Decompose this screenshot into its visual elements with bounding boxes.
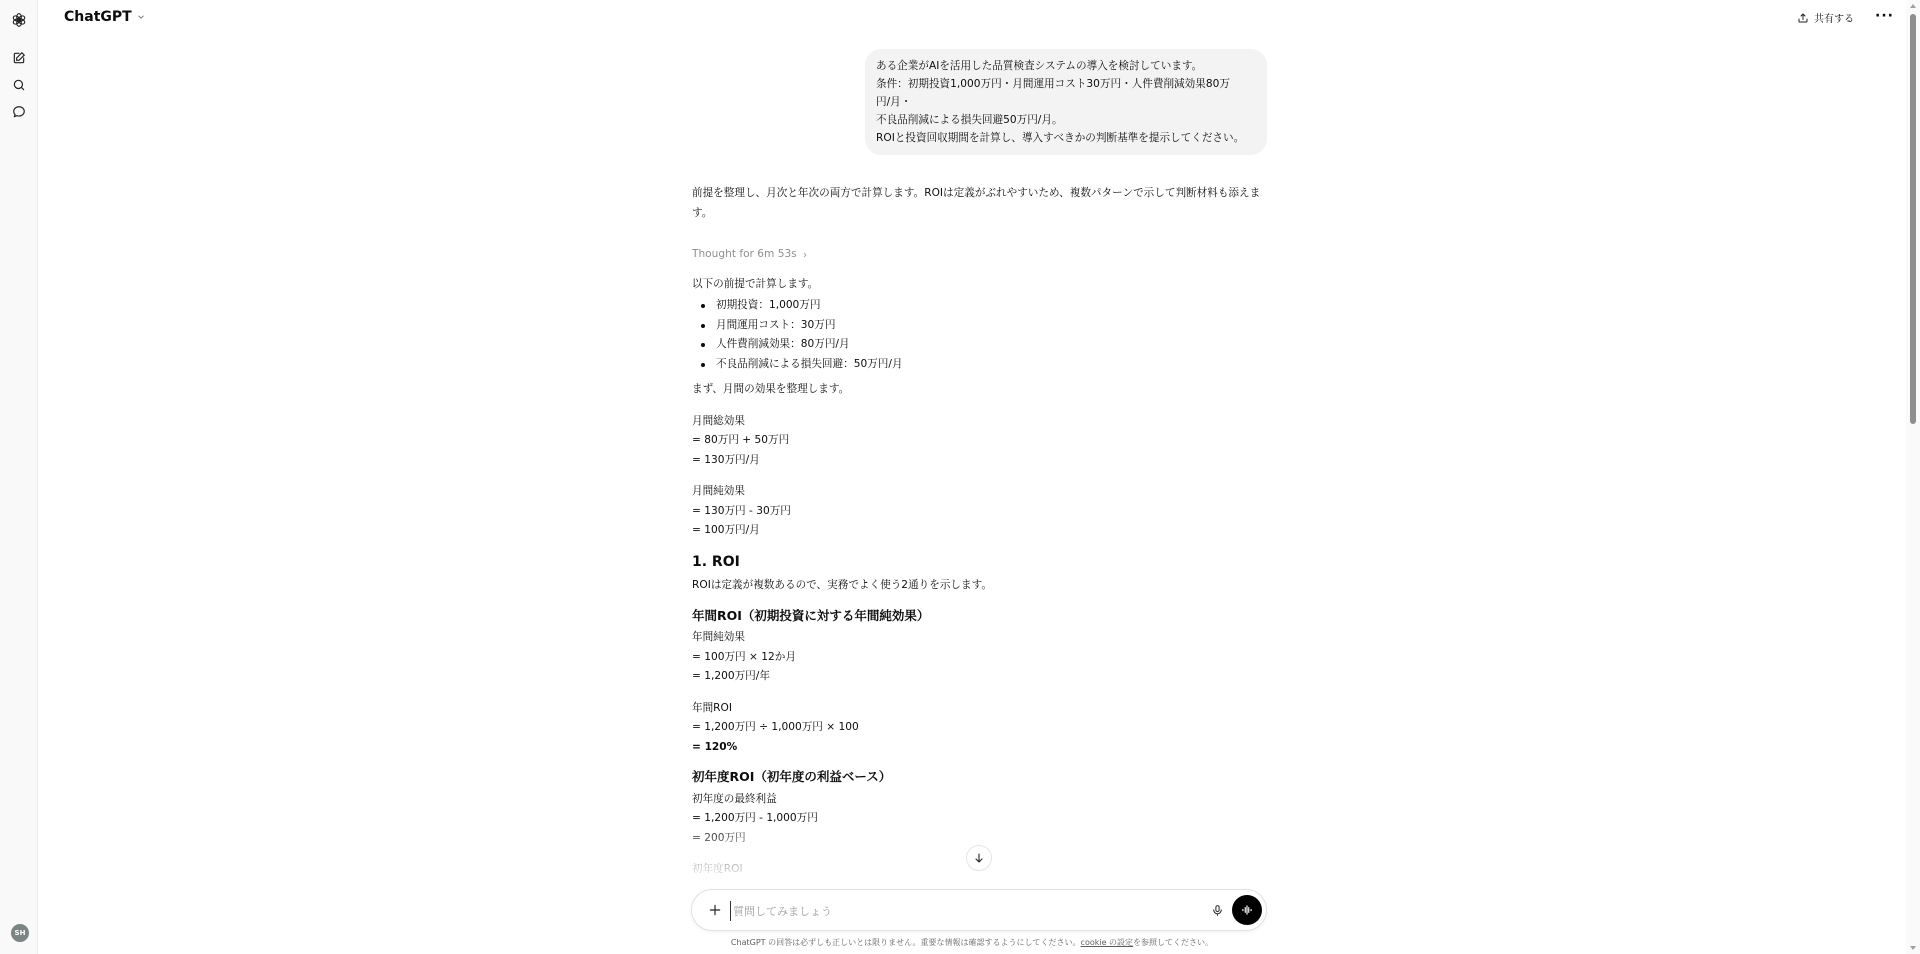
calc-line: 年間ROI <box>692 699 1268 719</box>
calc-line: 年間純効果 <box>692 628 1268 648</box>
monthly-lead: まず、月間の効果を整理します。 <box>692 380 1268 400</box>
annual-net-calc: 年間純効果 = 100万円 × 12か月 = 1,200万円/年 <box>692 628 1268 687</box>
assistant-intro: 前提を整理し、月次と年次の両方で計算します。ROIは定義がぶれやすいため、複数パ… <box>692 184 1268 223</box>
scroll-up-arrow-icon[interactable] <box>1910 4 1916 8</box>
bottom-fade <box>38 820 1906 954</box>
voice-waveform-icon <box>1240 903 1254 917</box>
thought-label: Thought for 6m 53s <box>692 245 797 265</box>
calc-result: = 120% <box>692 738 1268 758</box>
calc-line: = 100万円 × 12か月 <box>692 648 1268 668</box>
annual-roi-calc: 年間ROI = 1,200万円 ÷ 1,000万円 × 100 = 120% <box>692 699 1268 758</box>
disclaimer: ChatGPT の回答は必ずしも正しいとは限りません。重要な情報は確認するように… <box>38 937 1906 948</box>
subheading-annual-roi: 年間ROI（初期投資に対する年間純効果） <box>692 606 1268 626</box>
share-button[interactable]: 共有する <box>1797 10 1854 25</box>
header: ChatGPT 共有する ··· <box>38 0 1906 40</box>
thought-toggle[interactable]: Thought for 6m 53s <box>692 245 809 265</box>
plus-icon <box>708 903 722 917</box>
premise-item: 不良品削減による損失回避：50万円/月 <box>692 355 1268 375</box>
disclaimer-text: ChatGPT の回答は必ずしも正しいとは限りません。重要な情報は確認するように… <box>731 938 1081 947</box>
assistant-message: 前提を整理し、月次と年次の両方で計算します。ROIは定義がぶれやすいため、複数パ… <box>692 184 1268 892</box>
section-lead: ROIは定義が複数あるので、実務でよく使う2通りを示します。 <box>692 576 1268 596</box>
openai-logo-icon[interactable] <box>9 10 29 30</box>
calc-line: = 1,200万円 ÷ 1,000万円 × 100 <box>692 718 1268 738</box>
user-message-bubble: ある企業がAIを活用した品質検査システムの導入を検討しています。 条件：初期投資… <box>865 49 1267 155</box>
voice-mode-button[interactable] <box>1232 895 1262 925</box>
monthly-total-calc: 月間総効果 = 80万円 + 50万円 = 130万円/月 <box>692 412 1268 471</box>
prompt-input[interactable] <box>730 901 1170 921</box>
user-message-line: 不良品削減による損失回避50万円/月。 <box>876 111 1256 129</box>
search-icon[interactable] <box>9 75 29 95</box>
premise-list: 初期投資：1,000万円 月間運用コスト：30万円 人件費削減効果：80万円/月… <box>692 296 1268 374</box>
calc-line: = 80万円 + 50万円 <box>692 431 1268 451</box>
user-message-line: 円/月・ <box>876 93 1256 111</box>
chevron-right-icon <box>801 251 809 259</box>
premise-lead: 以下の前提で計算します。 <box>692 275 1268 295</box>
premise-item: 人件費削減効果：80万円/月 <box>692 335 1268 355</box>
chevron-down-icon <box>136 12 146 22</box>
attach-button[interactable] <box>706 901 724 919</box>
dictate-button[interactable] <box>1208 901 1226 919</box>
calc-line: 初年度の最終利益 <box>692 790 1268 810</box>
avatar[interactable]: SH <box>11 924 29 942</box>
calc-line: = 1,200万円/年 <box>692 667 1268 687</box>
scroll-to-bottom-button[interactable] <box>966 845 992 871</box>
avatar-initials: SH <box>15 929 26 937</box>
cookie-settings-link[interactable]: cookie の設定 <box>1081 938 1134 947</box>
monthly-net-calc: 月間純効果 = 130万円 - 30万円 = 100万円/月 <box>692 482 1268 541</box>
calc-line: = 100万円/月 <box>692 521 1268 541</box>
arrow-down-icon <box>973 852 985 864</box>
calc-line: 月間総効果 <box>692 412 1268 432</box>
scroll-down-arrow-icon[interactable] <box>1910 946 1916 950</box>
disclaimer-suffix: を参照してください。 <box>1133 938 1213 947</box>
model-switcher[interactable]: ChatGPT <box>64 9 146 25</box>
model-name: ChatGPT <box>64 9 132 25</box>
calc-line: = 130万円/月 <box>692 451 1268 471</box>
premise-item: 初期投資：1,000万円 <box>692 296 1268 316</box>
chat-bubble-icon[interactable] <box>9 102 29 122</box>
section-heading-roi: 1. ROI <box>692 553 1268 573</box>
microphone-icon <box>1211 904 1224 917</box>
user-message-line: ある企業がAIを活用した品質検査システムの導入を検討しています。 <box>876 57 1256 75</box>
scrollbar-thumb[interactable] <box>1910 14 1916 424</box>
share-icon <box>1797 12 1809 24</box>
user-message-line: ROIと投資回収期間を計算し、導入すべきかの判断基準を提示してください。 <box>876 129 1256 147</box>
user-message-line: 条件：初期投資1,000万円・月間運用コスト30万円・人件費削減効果80万 <box>876 75 1256 93</box>
sidebar-rail: SH <box>0 0 38 954</box>
premise-item: 月間運用コスト：30万円 <box>692 316 1268 336</box>
calc-line: 月間純効果 <box>692 482 1268 502</box>
share-label: 共有する <box>1814 10 1854 25</box>
subheading-first-year-roi: 初年度ROI（初年度の利益ベース） <box>692 767 1268 787</box>
new-chat-icon[interactable] <box>9 48 29 68</box>
page-scrollbar[interactable] <box>1906 0 1920 954</box>
more-options-button[interactable]: ··· <box>1875 8 1894 24</box>
calc-line: = 130万円 - 30万円 <box>692 502 1268 522</box>
composer <box>691 889 1267 931</box>
